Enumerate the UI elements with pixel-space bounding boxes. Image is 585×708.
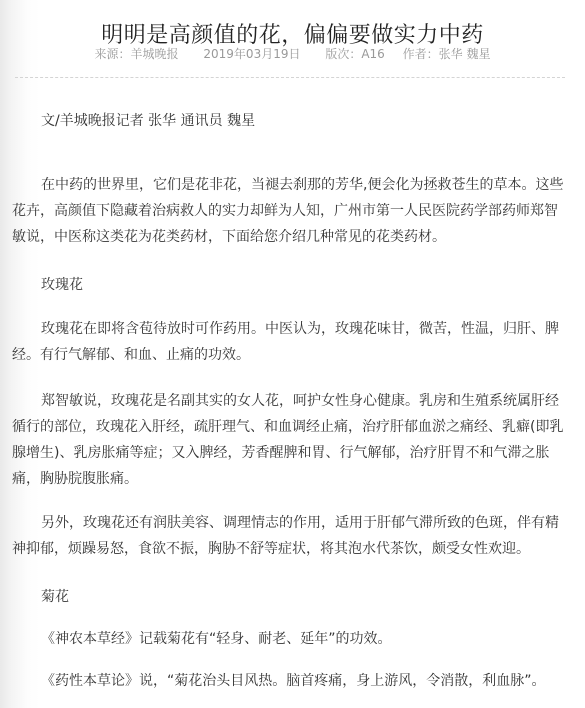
section-heading-rose: 玫瑰花 xyxy=(12,272,568,298)
article-date: 2019年03月19日 xyxy=(203,47,300,61)
paragraph-rose-1: 玫瑰花在即将含苞待放时可作药用。中医认为，玫瑰花味甘，微苦，性温，归肝、脾经。有… xyxy=(12,316,568,368)
title-divider xyxy=(15,77,565,78)
paragraph-rose-3: 另外，玫瑰花还有润肤美容、调理情志的作用，适用于肝郁气滞所致的色斑，伴有精神抑郁… xyxy=(12,510,568,562)
article-edition: 版次：A16 xyxy=(325,47,384,61)
paragraph-chrysanthemum-2: 《药性本草论》说，“菊花治头目风热。脑首疼痛，身上游风，令消散，利血脉”。 xyxy=(12,668,568,694)
article-byline: 文/羊城晚报记者 张华 通讯员 魏星 xyxy=(12,108,568,134)
paragraph-chrysanthemum-1: 《神农本草经》记载菊花有“轻身、耐老、延年”的功效。 xyxy=(12,626,568,652)
article-meta: 来源：羊城晚报 2019年03月19日 版次：A16 作者：张华 魏星 xyxy=(0,46,585,62)
section-heading-chrysanthemum: 菊花 xyxy=(12,584,568,610)
paragraph-rose-2: 郑智敏说，玫瑰花是名副其实的女人花，呵护女性身心健康。乳房和生殖系统属肝经循行的… xyxy=(12,388,568,492)
article-source: 来源：羊城晚报 xyxy=(95,47,179,61)
paragraph-intro: 在中药的世界里，它们是花非花，当褪去刹那的芳华,便会化为拯救苍生的草本。这些花卉… xyxy=(12,172,568,250)
article-author: 作者：张华 魏星 xyxy=(403,47,491,61)
